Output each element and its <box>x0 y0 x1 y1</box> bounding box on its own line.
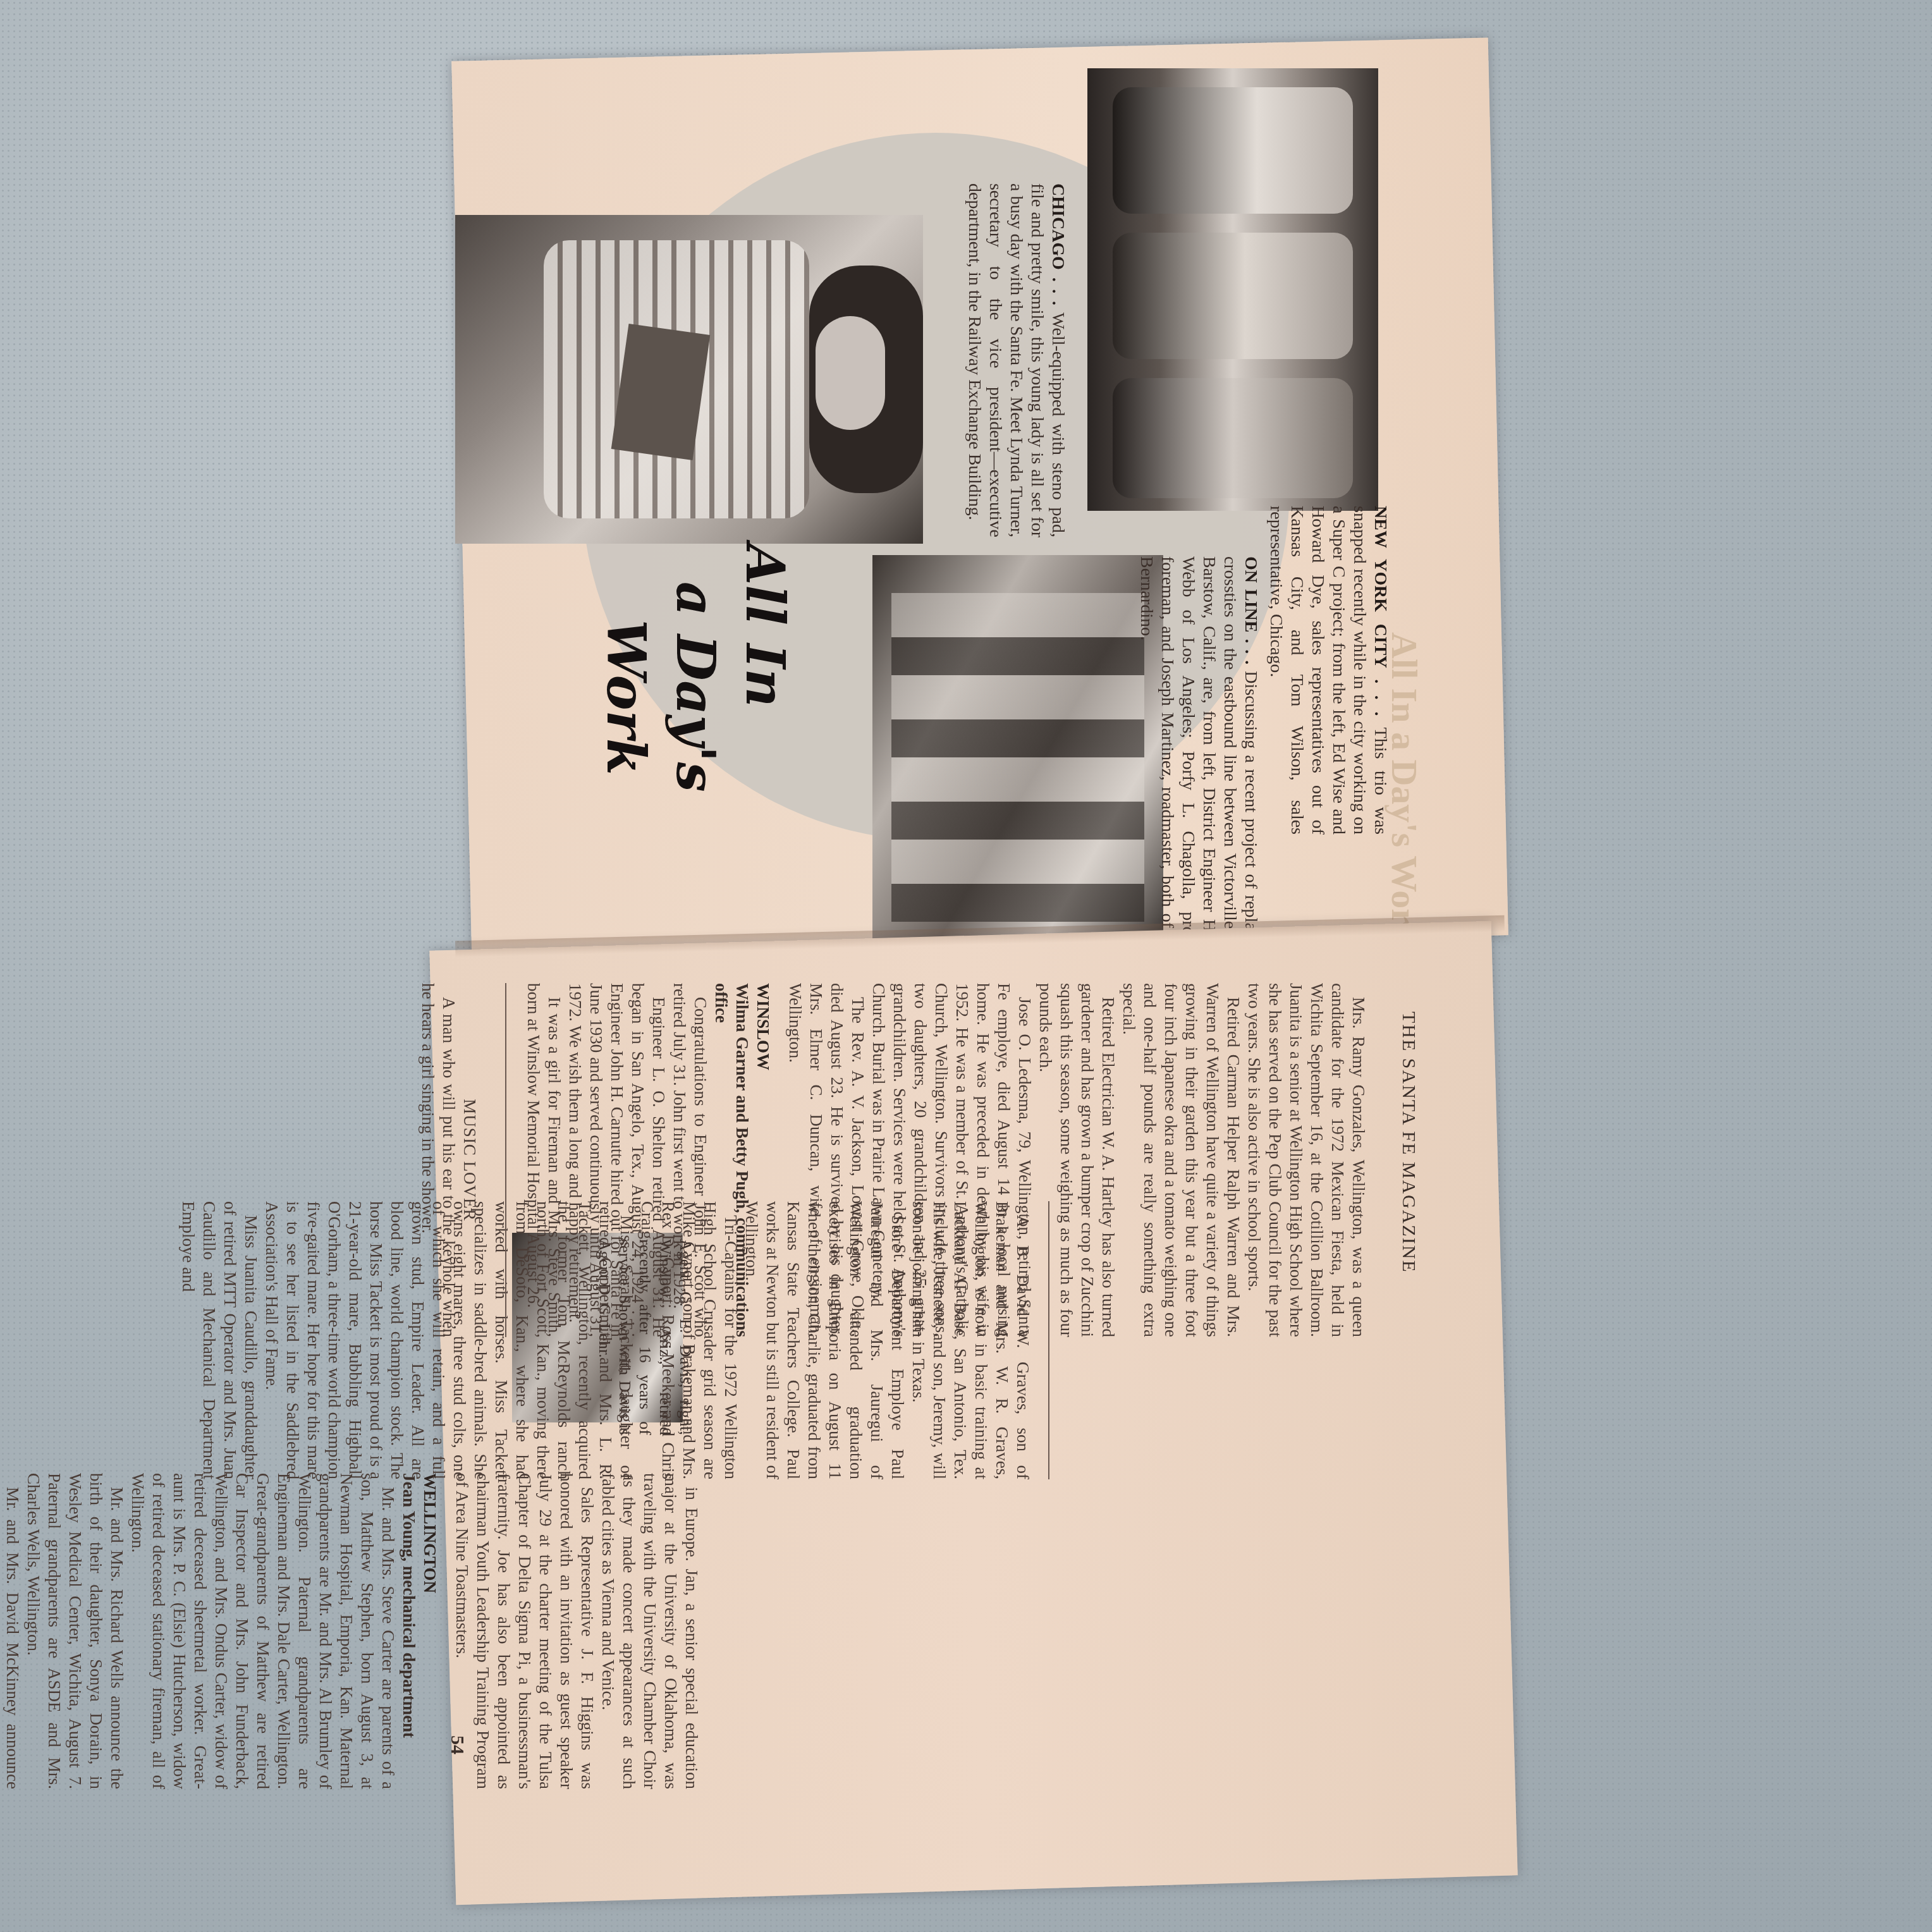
paragraph: in Europe. Jan, a senior special educati… <box>597 1473 702 1789</box>
caption-newyork-lead: NEW YORK CITY . . . <box>1371 506 1390 716</box>
paragraph: Sales Representative J. F. Higgins was h… <box>451 1473 597 1789</box>
person-middle <box>1113 233 1353 359</box>
person-right <box>1113 378 1353 498</box>
paragraph: The Rev. A. V. Jackson, Locust Grove, Ok… <box>785 983 868 1337</box>
caption-new-york: NEW YORK CITY . . . This trio was snappe… <box>1266 506 1391 835</box>
face <box>816 316 885 430</box>
column-1-body: in Europe. Jan, a senior special educati… <box>0 1473 702 1789</box>
footer: THE SANTA FE MAGAZINE <box>1398 1012 1419 1273</box>
paragraph: Mr. and Mrs. David McKinney announce the… <box>0 1473 23 1789</box>
paragraph: Engineer L. O. Shelton retired August 31… <box>565 983 669 1337</box>
magazine-footer-title: THE SANTA FE MAGAZINE <box>1398 1012 1419 1273</box>
filler-divider <box>505 983 506 1337</box>
section-heading-wellington: WELLINGTON <box>419 1473 440 1789</box>
page-number-wrap: 54 <box>446 1735 468 1754</box>
section-heading-winslow: WINSLOW <box>752 983 773 1337</box>
paragraph: Congratulations to Engineer John E. Scot… <box>669 983 711 1337</box>
section-byline-wellington: Jean Young, mechanical department <box>398 1473 419 1789</box>
caption-chicago: CHICAGO . . . Well-equipped with steno p… <box>964 183 1068 537</box>
caption-chicago-lead: CHICAGO . . . <box>1048 183 1068 305</box>
paragraph: Mrs. Ramy Gonzales, Wellington, was a qu… <box>1244 983 1369 1337</box>
paragraph: Jose O. Ledesma, 79, Wellington, retired… <box>868 983 1035 1337</box>
photo-new-york-trio <box>1087 68 1378 511</box>
steno-pad <box>611 324 711 460</box>
filler-title-music-lover: MUSIC LOVER <box>459 983 480 1337</box>
title-line-2: a Day's <box>664 582 727 792</box>
paragraph: Retired Electrician W. A. Hartley has al… <box>1035 983 1118 1337</box>
paragraph: Mr. and Mrs. Steve Carter are parents of… <box>127 1473 398 1789</box>
paragraph: Retired Carman Helper Ralph Warren and M… <box>1118 983 1244 1337</box>
paragraph: Miss Juanita Caudillo, granddaughter of … <box>178 1201 261 1479</box>
paragraph: Mr. and Mrs. Richard Wells announce the … <box>23 1473 127 1789</box>
photo-on-line-crew <box>872 555 1163 960</box>
section-byline-winslow: Wilma Garner and Betty Pugh, communicati… <box>711 983 752 1337</box>
person-left <box>1113 87 1353 214</box>
filler-body: A man who will put his ear to the keyhol… <box>417 983 459 1337</box>
photo-chicago-secretary <box>455 215 923 544</box>
crew-group <box>891 593 1144 922</box>
caption-online-lead: ON LINE . . . <box>1241 556 1261 664</box>
page-number: 54 <box>446 1735 468 1754</box>
column-3-body: Mrs. Ramy Gonzales, Wellington, was a qu… <box>417 983 1369 1337</box>
title-line-3: Work <box>594 620 657 775</box>
title-line-1: All In <box>733 544 797 707</box>
paragraph: It was a girl for Fireman and Mrs. Steve… <box>523 983 565 1337</box>
caption-on-line: ON LINE . . . Discussing a recent projec… <box>1136 556 1261 961</box>
